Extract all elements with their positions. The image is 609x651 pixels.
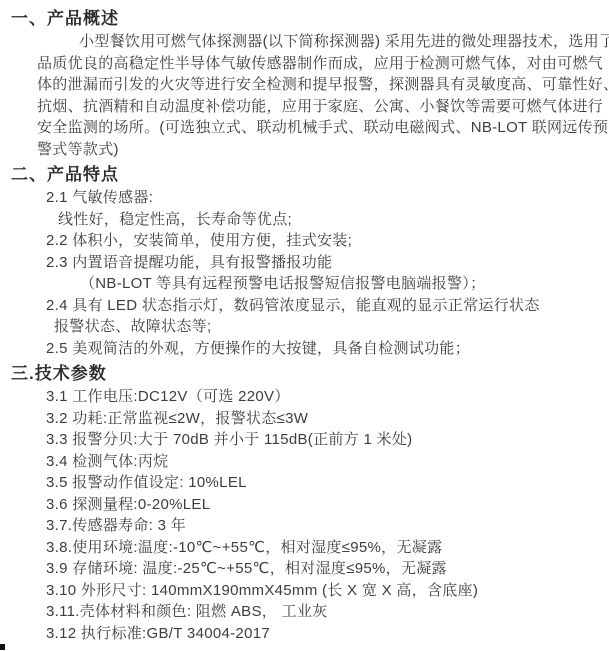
spec-item: 3.12 执行标准:GB/T 34004-2017 bbox=[46, 623, 599, 645]
overview-paragraph-line: 品质优良的高稳定性半导体气敏传感器制作而成，应用于检测可燃气体，对由可燃气 bbox=[37, 53, 599, 75]
feature-item-note: （NB-LOT 等具有远程预警电话报警短信报警电脑端报警）； bbox=[80, 273, 599, 295]
feature-item: 2.1 气敏传感器: bbox=[46, 187, 599, 209]
spec-item: 3.3 报警分贝:大于 70dB 并小于 115dB(正前方 1 米处) bbox=[46, 429, 599, 451]
spec-item: 3.7.传感器寿命: 3 年 bbox=[46, 515, 599, 537]
spec-item: 3.9 存储环境: 温度:-25℃~+55℃，相对湿度≤95%，无凝露 bbox=[46, 558, 599, 580]
feature-item: 2.4 具有 LED 状态指示灯，数码管浓度显示，能直观的显示正常运行状态 bbox=[46, 295, 599, 317]
feature-item: 2.2 体积小，安装简单，使用方便，挂式安装; bbox=[46, 230, 599, 252]
document-page: 一、产品概述 小型餐饮用可燃气体探测器(以下简称探测器) 采用先进的微处理器技术… bbox=[0, 0, 609, 644]
cursor-artifact bbox=[0, 644, 5, 650]
overview-paragraph-line: 体的泄漏而引发的火灾等进行安全检测和提早报警，探测器具有灵敏度高、可靠性好、 bbox=[37, 74, 599, 96]
spec-item: 3.5 报警动作值设定: 10%LEL bbox=[46, 472, 599, 494]
feature-item-continuation: 报警状态、故障状态等; bbox=[54, 316, 599, 338]
spec-item: 3.8.使用环境:温度:-10℃~+55℃，相对湿度≤95%，无凝露 bbox=[46, 537, 599, 559]
section-1-heading: 一、产品概述 bbox=[11, 7, 599, 31]
overview-paragraph-line: 安全监测的场所。(可选独立式、联动机械手式、联动电磁阀式、NB-LOT 联网远传… bbox=[37, 117, 599, 139]
spec-item: 3.10 外形尺寸: 140mmX190mmX45mm (长 X 宽 X 高，含… bbox=[46, 580, 599, 602]
overview-paragraph-line: 小型餐饮用可燃气体探测器(以下简称探测器) 采用先进的微处理器技术，选用了 bbox=[79, 31, 599, 53]
overview-paragraph-line: 抗烟、抗酒精和自动温度补偿功能，应用于家庭、公寓、小餐饮等需要可燃气体进行 bbox=[37, 96, 599, 118]
feature-item: 2.3 内置语音提醒功能，具有报警播报功能 bbox=[46, 252, 599, 274]
spec-item: 3.1 工作电压:DC12V（可选 220V） bbox=[46, 386, 599, 408]
feature-item: 2.5 美观简洁的外观，方便操作的大按键，具备自检测试功能； bbox=[46, 338, 599, 360]
spec-item: 3.11.壳体材料和颜色: 阻燃 ABS， 工业灰 bbox=[46, 601, 599, 623]
feature-item-continuation: 线性好，稳定性高，长寿命等优点; bbox=[58, 209, 599, 231]
section-2-heading: 二、产品特点 bbox=[11, 163, 599, 187]
spec-item: 3.4 检测气体:丙烷 bbox=[46, 451, 599, 473]
spec-item: 3.6 探测量程:0-20%LEL bbox=[46, 494, 599, 516]
spec-item: 3.2 功耗:正常监视≤2W，报警状态≤3W bbox=[46, 408, 599, 430]
overview-paragraph-line: 警式等款式) bbox=[37, 139, 599, 161]
section-3-heading: 三.技术参数 bbox=[11, 362, 599, 386]
